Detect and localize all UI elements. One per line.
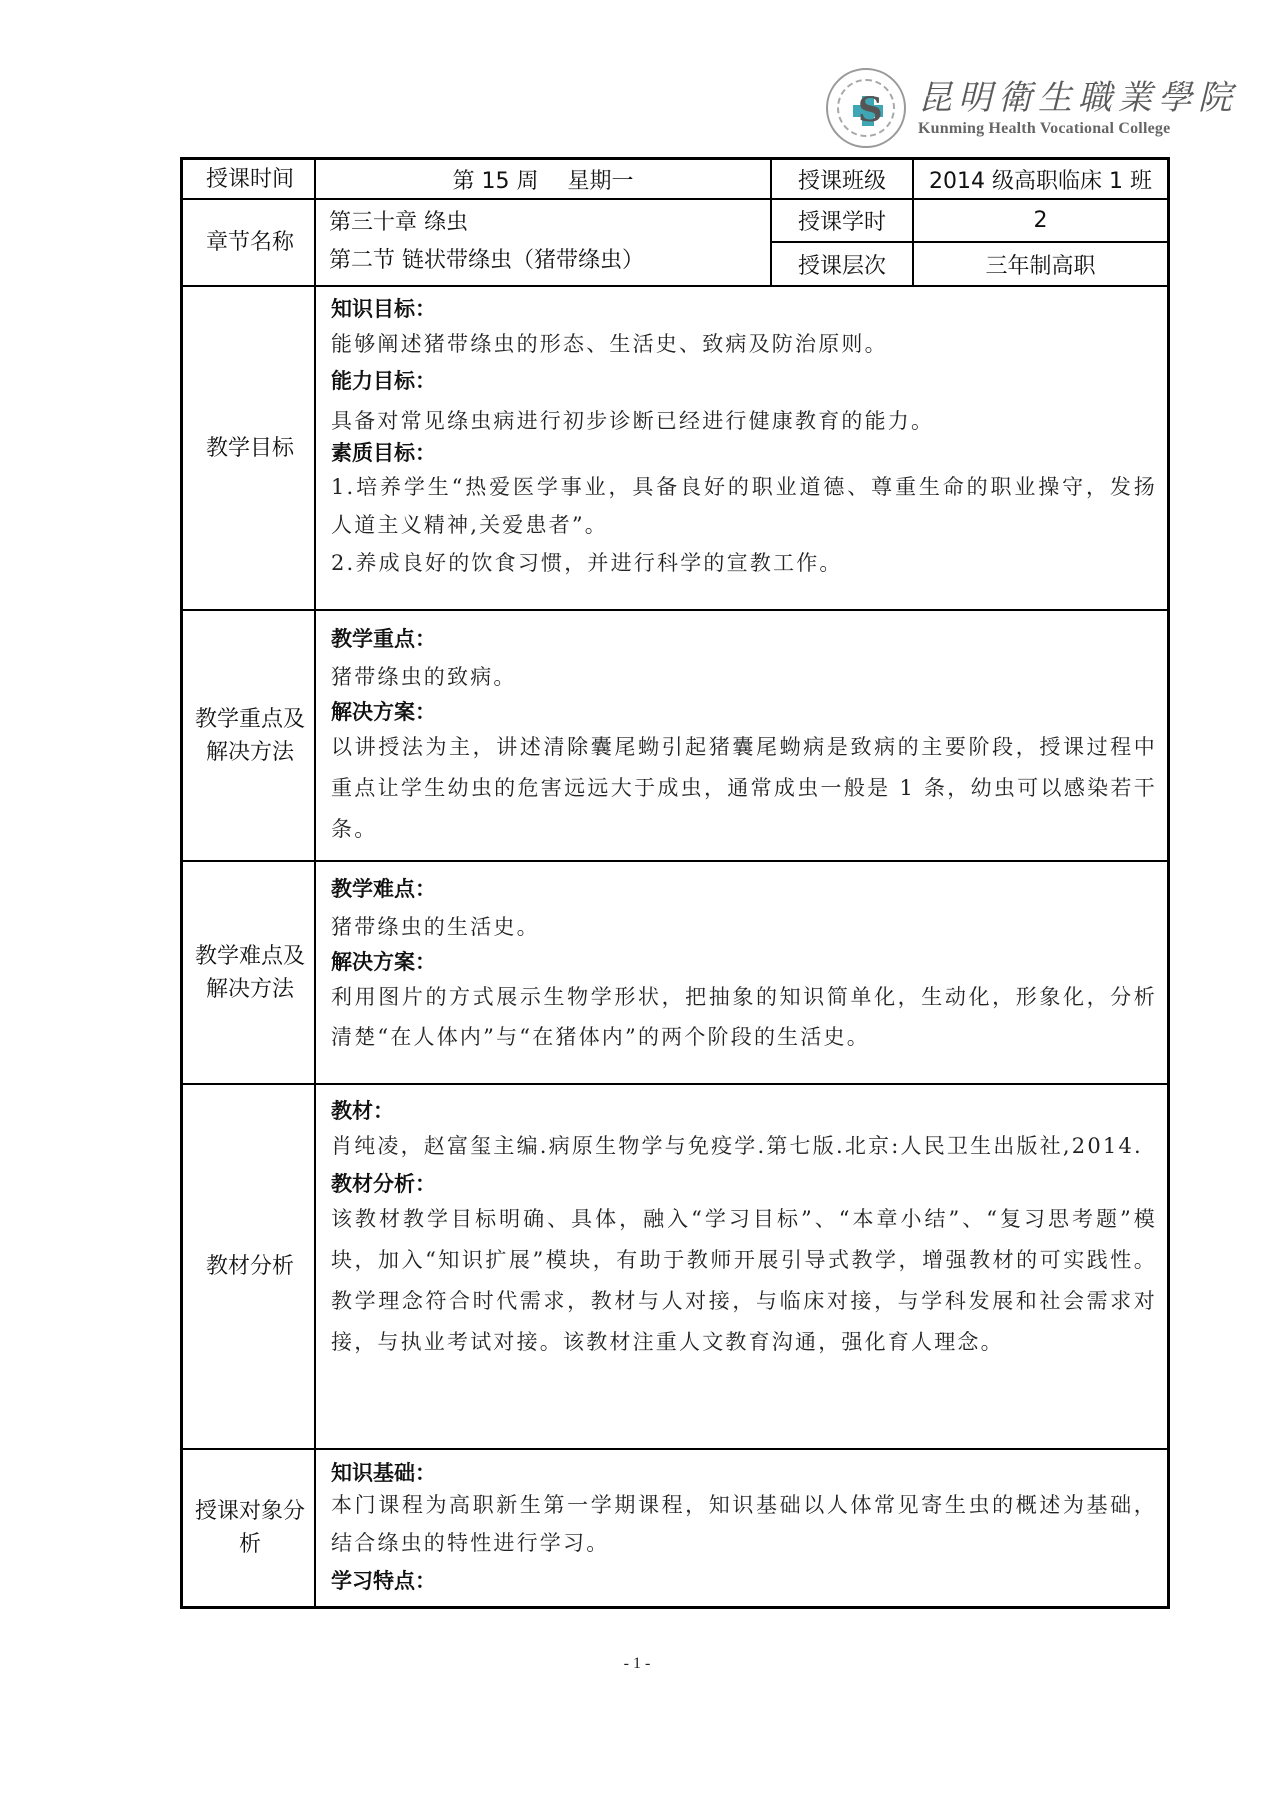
textbook-analysis-heading: 教材分析： — [331, 1171, 1157, 1197]
label-class-level: 授课层次 — [772, 243, 912, 285]
difficulty-solution-text: 利用图片的方式展示生物学形状，把抽象的知识简单化，生动化，形象化，分析清楚“在人… — [331, 977, 1157, 1057]
student-analysis-content: 知识基础： 本门课程为高职新生第一学期课程，知识基础以人体常见寄生虫的概述为基础… — [331, 1460, 1157, 1594]
knowledge-base-heading: 知识基础： — [331, 1460, 1157, 1486]
quality-objective-heading: 素质目标： — [331, 440, 1157, 466]
knowledge-objective-text: 能够阐述猪带绦虫的形态、生活史、致病及防治原则。 — [331, 323, 1157, 366]
class-group-value: 2014 级高职临床 1 班 — [914, 160, 1167, 198]
textbook-analysis-text: 该教材教学目标明确、具体，融入“学习目标”、“本章小结”、“复习思考题”模块，加… — [331, 1199, 1157, 1363]
chapter-name: 第三十章 绦虫 第二节 链状带绦虫（猪带绦虫） — [329, 204, 769, 280]
textbook-analysis-content: 教材： 肖纯凌，赵富玺主编.病原生物学与免疫学.第七版.北京:人民卫生出版社,2… — [331, 1098, 1157, 1363]
teaching-difficulty-content: 教学难点： 猪带绦虫的生活史。 解决方案： 利用图片的方式展示生物学形状，把抽象… — [331, 876, 1157, 1057]
teaching-difficulty-text: 猪带绦虫的生活史。 — [331, 906, 1157, 949]
teaching-focus-content: 教学重点： 猪带绦虫的致病。 解决方案： 以讲授法为主，讲述清除囊尾蚴引起猪囊尾… — [331, 626, 1157, 850]
focus-solution-text: 以讲授法为主，讲述清除囊尾蚴引起猪囊尾蚴病是致病的主要阶段，授课过程中重点让学生… — [331, 727, 1157, 850]
college-name-en: Kunming Health Vocational College — [918, 120, 1170, 138]
class-level-value: 三年制高职 — [914, 243, 1167, 285]
difficulty-solution-heading: 解决方案： — [331, 949, 1157, 975]
label-teaching-objectives: 教学目标 — [183, 287, 317, 609]
ability-objective-heading: 能力目标： — [331, 368, 1157, 394]
teaching-focus-heading: 教学重点： — [331, 626, 1157, 652]
knowledge-base-text: 本门课程为高职新生第一学期课程，知识基础以人体常见寄生虫的概述为基础，结合绦虫的… — [331, 1486, 1157, 1562]
quality-objective-text-1: 1.培养学生“热爱医学事业，具备良好的职业道德、尊重生命的职业操守，发扬人道主义… — [331, 468, 1157, 544]
label-class-time: 授课时间 — [183, 160, 317, 198]
teaching-objectives-content: 知识目标： 能够阐述猪带绦虫的形态、生活史、致病及防治原则。 能力目标： 具备对… — [331, 296, 1157, 582]
college-logo: S 昆明衛生職業學院 Kunming Health Vocational Col… — [826, 66, 1196, 150]
learning-traits-heading: 学习特点： — [331, 1568, 1157, 1594]
textbook-text: 肖纯凌，赵富玺主编.病原生物学与免疫学.第七版.北京:人民卫生出版社,2014. — [331, 1126, 1157, 1167]
section-title: 第二节 链状带绦虫（猪带绦虫） — [329, 242, 769, 280]
label-textbook-analysis: 教材分析 — [183, 1085, 317, 1448]
college-name-cn: 昆明衛生職業學院 — [918, 70, 1238, 119]
teaching-focus-text: 猪带绦虫的致病。 — [331, 656, 1157, 699]
label-teaching-focus: 教学重点及解决方法 — [183, 611, 317, 860]
knowledge-objective-heading: 知识目标： — [331, 296, 1157, 322]
class-hours-value: 2 — [914, 200, 1167, 241]
class-time-value: 第 15 周 星期一 — [316, 160, 770, 198]
label-teaching-difficulty: 教学难点及解决方法 — [183, 862, 317, 1083]
quality-objective-text-2: 2.养成良好的饮食习惯，并进行科学的宣教工作。 — [331, 544, 1157, 582]
label-student-analysis: 授课对象分析 — [183, 1450, 317, 1606]
textbook-heading: 教材： — [331, 1098, 1157, 1124]
page-number: - 1 - — [0, 1655, 1274, 1673]
college-seal-icon: S — [826, 68, 906, 148]
lesson-plan-table: 授课时间 第 15 周 星期一 授课班级 2014 级高职临床 1 班 章节名称… — [180, 157, 1170, 1609]
teaching-difficulty-heading: 教学难点： — [331, 876, 1157, 902]
chapter-title: 第三十章 绦虫 — [329, 204, 769, 242]
label-class-group: 授课班级 — [772, 160, 912, 198]
ability-objective-text: 具备对常见绦虫病进行初步诊断已经进行健康教育的能力。 — [331, 400, 1157, 443]
label-class-hours: 授课学时 — [772, 200, 912, 241]
focus-solution-heading: 解决方案： — [331, 699, 1157, 725]
label-chapter-name: 章节名称 — [183, 200, 317, 285]
